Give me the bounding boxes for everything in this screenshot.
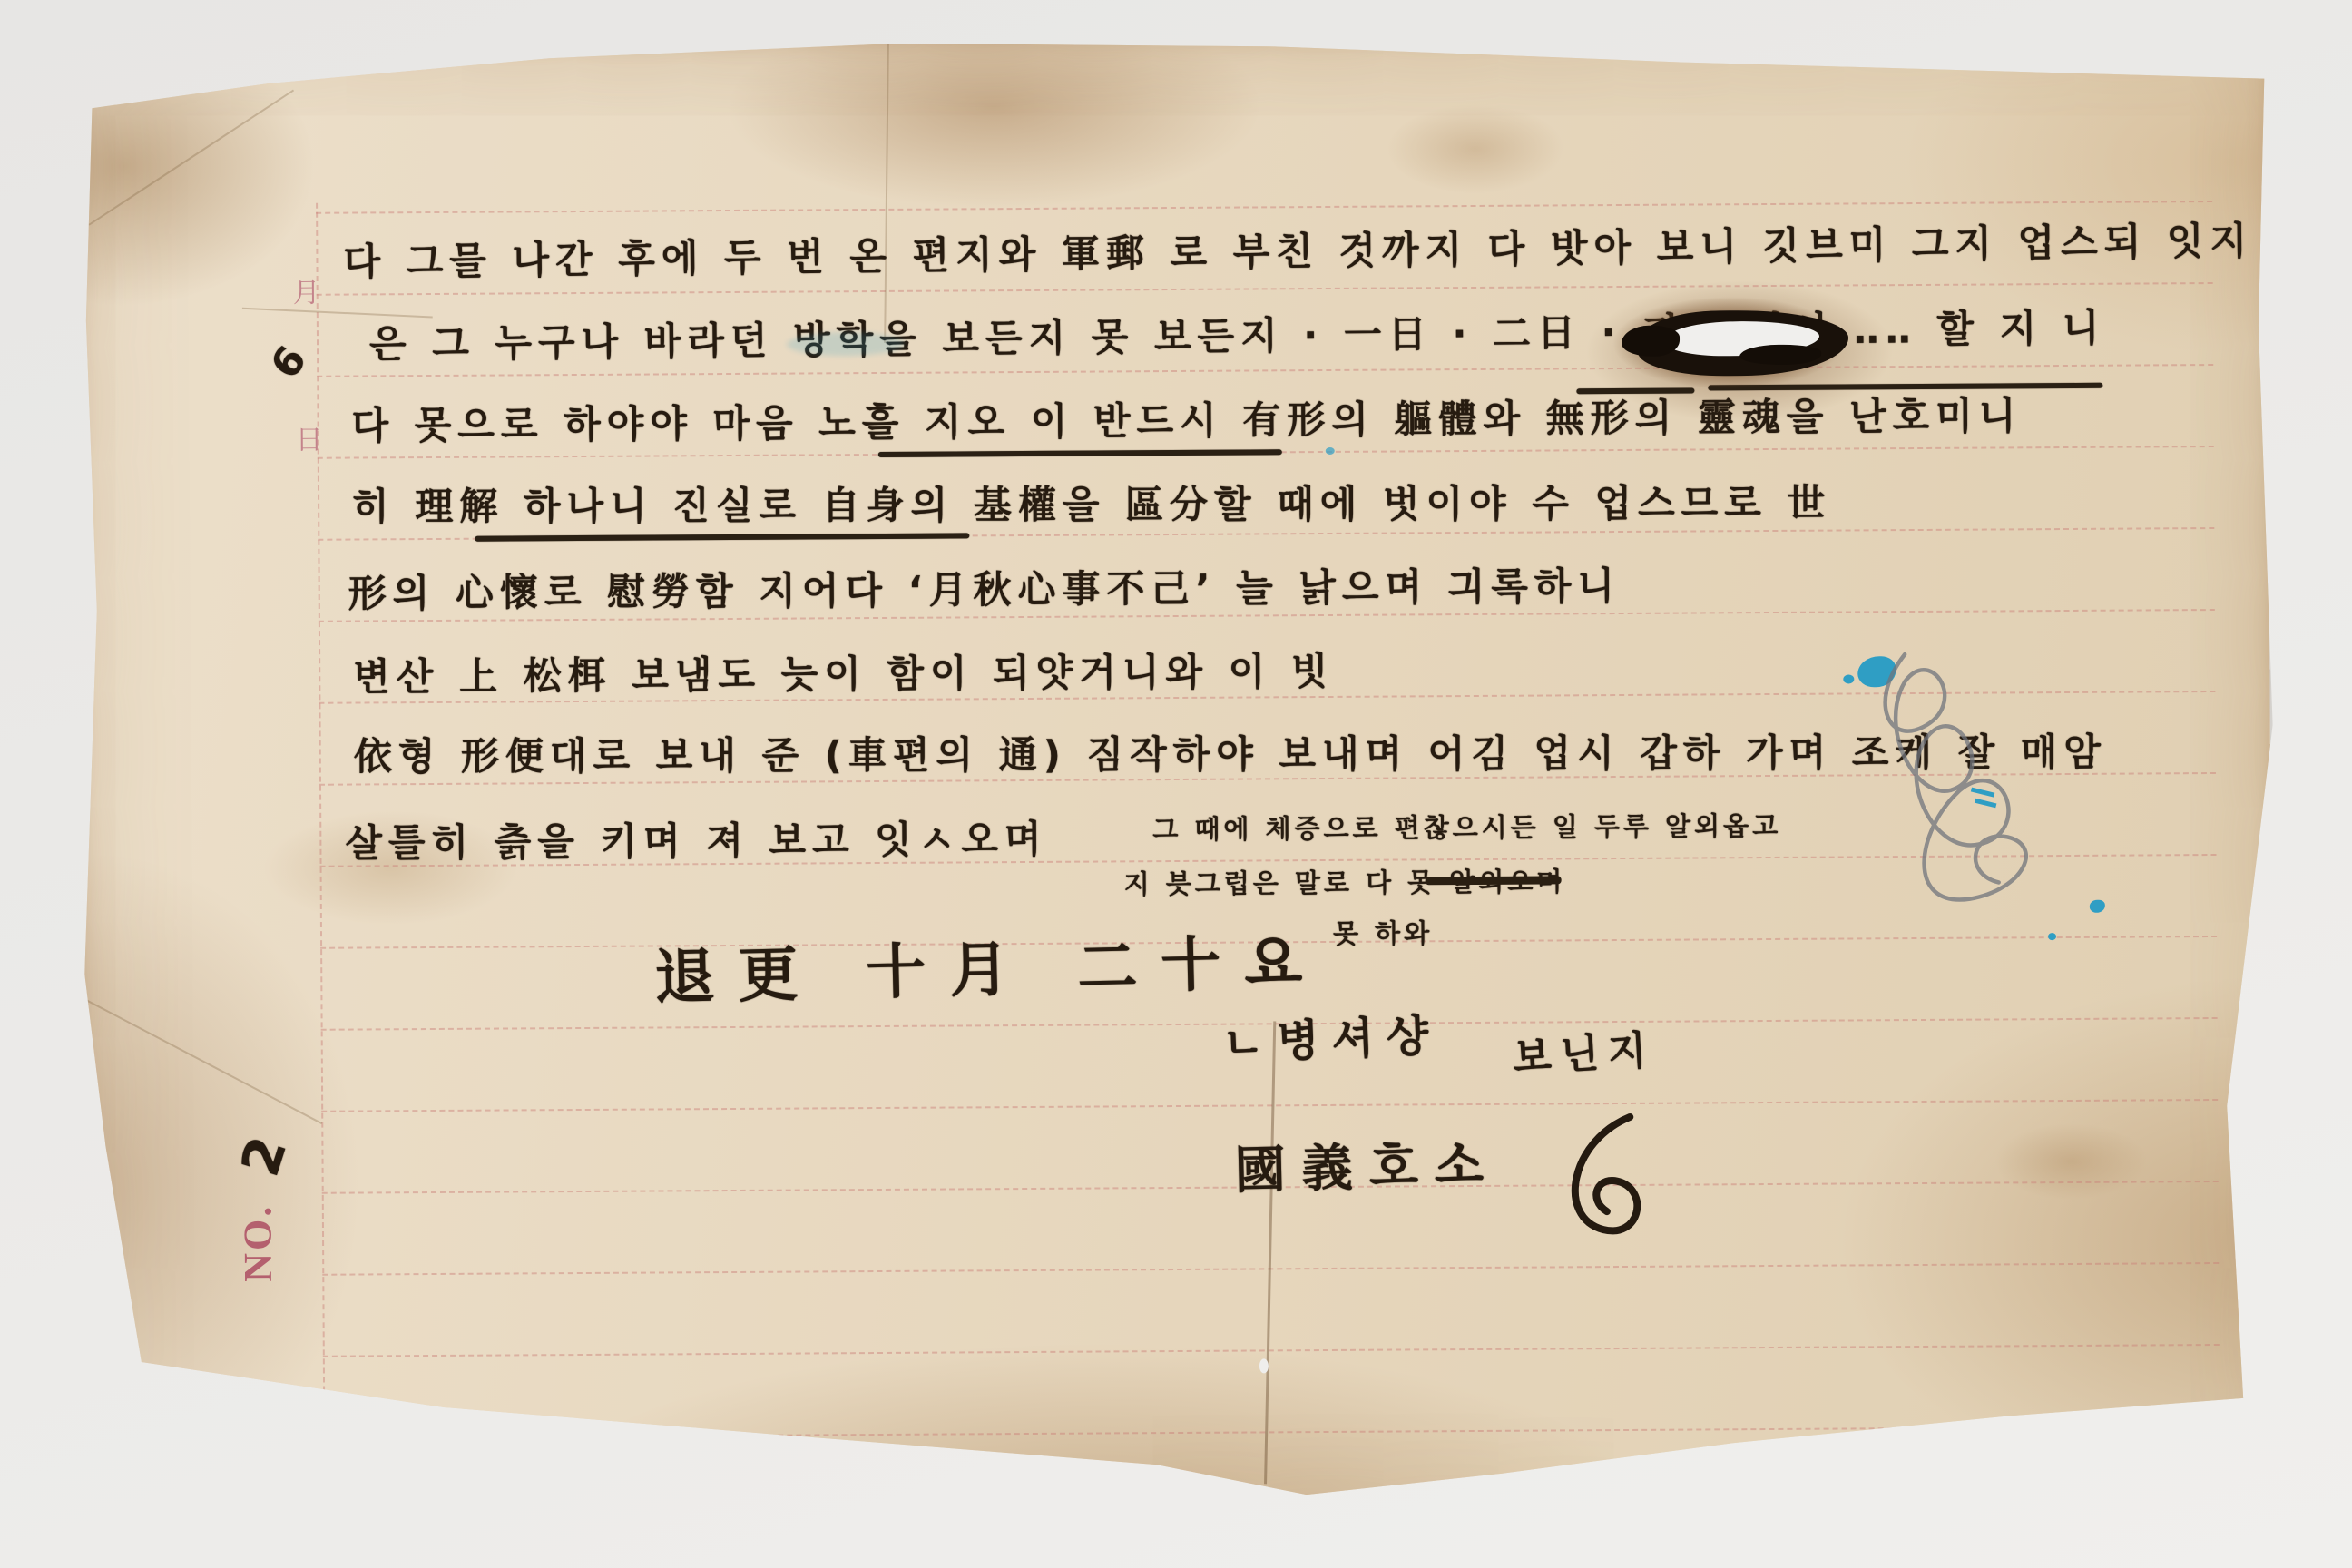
tear-notch bbox=[1259, 1358, 1269, 1373]
ruling-line bbox=[321, 1099, 2218, 1112]
printed-month-char: 月 bbox=[293, 270, 320, 310]
printed-day-char: 日 bbox=[296, 417, 323, 457]
char-fragment bbox=[1622, 326, 1680, 357]
ink-underline bbox=[878, 449, 1282, 457]
handwritten-line: 살틀히 츩을 키며 져 보고 잇ㅅ오며 bbox=[345, 809, 1047, 868]
handwritten-small-line: 못 하와 bbox=[1333, 913, 1433, 951]
margin-rule-line bbox=[316, 203, 325, 1465]
handwritten-line: 依형 形便대로 보내 준 (車편의 通) 짐작하야 보내며 어김 업시 갑하 가… bbox=[354, 722, 2107, 781]
handwritten-small-line: 그 때에 체증으로 편찮으시든 일 두루 알외옵고 bbox=[1152, 806, 1781, 847]
ink-underline bbox=[475, 533, 969, 541]
signature-row: 보닌지 bbox=[1511, 1017, 1657, 1083]
handwritten-line: 변산 上 松栮 보냄도 늣이 함이 되얏거니와 이 빗 bbox=[353, 642, 1334, 702]
ruling-line bbox=[323, 1344, 2220, 1357]
no-stamp: NO. bbox=[234, 1204, 281, 1282]
char-fragment bbox=[1739, 345, 1821, 366]
handwritten-line: 形의 心懷로 慰勞함 지어다 ‘月秋心事不己’ 늘 낡으며 긔록하니 bbox=[348, 556, 1622, 619]
crease-line bbox=[884, 44, 889, 343]
handwritten-line: 다 그믈 나간 후에 두 번 온 편지와 軍郵 로 부친 것까지 다 밧아 보니… bbox=[343, 211, 2275, 288]
photo-backdrop: 月 日 6 NO. 2 다 그믈 나간 후에 두 번 온 편지와 軍郵 로 부친… bbox=[0, 0, 2352, 1568]
signature-row: 國義호소 bbox=[1234, 1124, 1501, 1203]
ruling-line bbox=[317, 282, 2213, 296]
page-number: 2 bbox=[229, 1130, 299, 1183]
signature-row: ㄴ병셔샹 bbox=[1220, 1000, 1442, 1072]
tear-line bbox=[1264, 1021, 1276, 1484]
date-line: 退更 十月 二十요 bbox=[653, 914, 1327, 1015]
crease-line bbox=[81, 996, 323, 1124]
document-paper: 月 日 6 NO. 2 다 그믈 나간 후에 두 번 온 편지와 軍郵 로 부친… bbox=[77, 35, 2275, 1532]
ruling-line bbox=[323, 1426, 2220, 1439]
handwritten-line: 히 理解 하나니 진실로 自身의 基權을 區分할 때에 벗이야 수 업스므로 世 bbox=[352, 473, 1831, 531]
crease-line bbox=[88, 90, 294, 226]
pencil-loop-scribble bbox=[1850, 617, 2106, 955]
signature-flourish bbox=[1543, 1110, 1661, 1247]
ruling-line bbox=[316, 201, 2212, 214]
strikethrough-mark bbox=[1426, 876, 1562, 885]
handwritten-day-number: 6 bbox=[262, 338, 316, 387]
blue-ink-dot bbox=[1326, 447, 1335, 455]
